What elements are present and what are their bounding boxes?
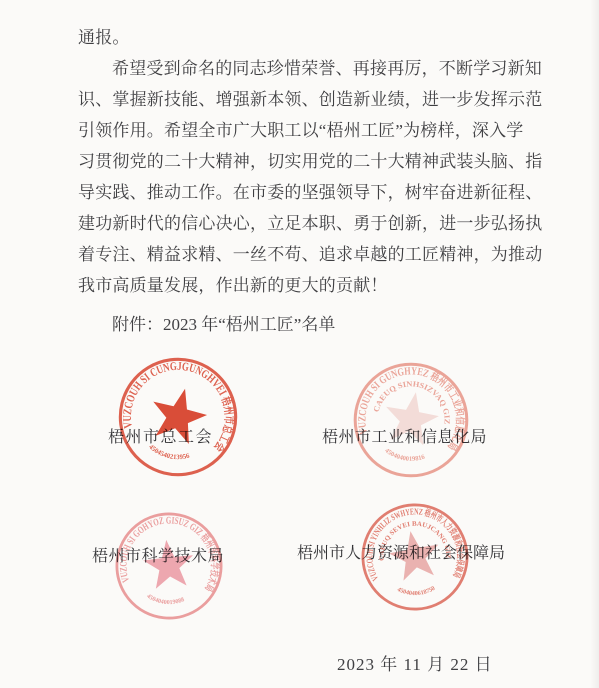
scan-edge-shadow (590, 0, 599, 688)
body-line: 我市高质量发展，作出新的更大的贡献！ (78, 270, 524, 301)
body-line: 习贯彻党的二十大精神，切实用党的二十大精神武装头脑、指 (78, 146, 524, 177)
seal-code-digits: 4504540213956 (146, 442, 193, 465)
document-date: 2023 年 11 月 22 日 (337, 650, 493, 675)
body-line: 着专注、精益求精、一丝不苟、追求卓越的工匠精神，为推动 (78, 239, 524, 270)
seal-code-digits: 4504040019816 (382, 446, 427, 466)
star-icon (145, 382, 212, 447)
body-line: 识、掌握新技能、增强新本领、创造新业绩，进一步发挥示范 (78, 84, 524, 115)
body-line: 通报。 (78, 22, 524, 53)
star-icon (141, 537, 196, 590)
body-line: 建功新时代的信心决心，立足本职、勇于创新，进一步弘扬执 (78, 208, 524, 239)
official-seal-trade-unions: VUZCOUH SI CUNGJGUNGHVEI 梧州市总工会 45045402… (103, 342, 253, 492)
body-line: 希望受到命名的同志珍惜荣誉、再接再厉，不断学习新知 (78, 53, 524, 84)
official-seal-science-tech: VUZCOUH SI GOHYOZ GISUZ GIZ 梧州市科学技术局 450… (107, 504, 230, 627)
attachment-line: 附件：2023 年“梧州工匠”名单 (78, 309, 524, 340)
seal-code-digits: 4504040618750 (396, 586, 437, 598)
body-line: 导实践、推动工作。在市委的坚强领导下，树牢奋进新征程、 (78, 177, 524, 208)
seal-code-digits: 4504040019088 (145, 593, 186, 608)
official-seal-industry-it: VUZCOUH SI GUNGHYEZ 梧州市工业和信息化局 CAEUQ SIN… (341, 350, 480, 489)
body-line: 引领作用。希望全市广大职工以“梧州工匠”为榜样，深入学 (78, 115, 524, 146)
official-seal-human-resources: VUZCOUH SI YINHLIZ SWHYENZ 梧州市人力资源和社会保障局… (357, 499, 473, 615)
document-body: 通报。 希望受到命名的同志珍惜荣誉、再接再厉，不断学习新知 识、掌握新技能、增强… (78, 22, 524, 301)
scanned-document-page: 通报。 希望受到命名的同志珍惜荣誉、再接再厉，不断学习新知 识、掌握新技能、增强… (0, 0, 599, 688)
